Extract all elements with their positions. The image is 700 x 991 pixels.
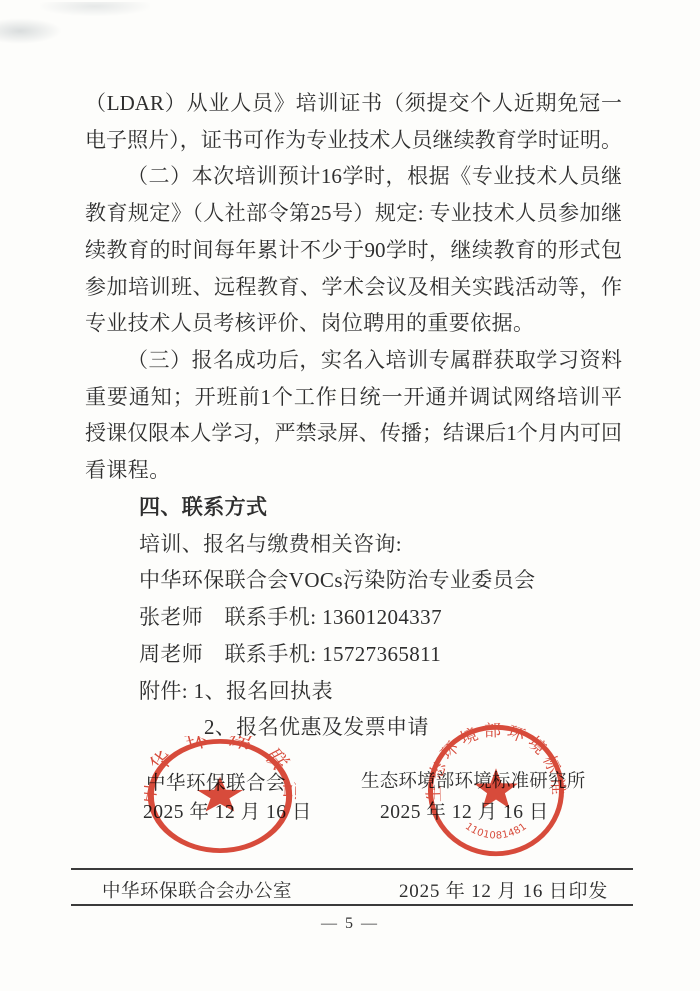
- contact-line: 中华环保联合会VOCs污染防治专业委员会: [85, 562, 622, 599]
- scan-smudge: [0, 18, 62, 44]
- document-page: （LDAR）从业人员》培训证书（须提交个人近期免冠一寸彩色 电子照片），证书可作…: [0, 0, 700, 991]
- signature-left-org: 中华环保联合会: [146, 767, 286, 795]
- footer-office: 中华环保联合会办公室: [102, 877, 292, 903]
- signature-right-org: 生态环境部环境标准研究所: [361, 767, 585, 793]
- attachment-line: 2、报名优惠及发票申请: [85, 709, 622, 746]
- text-line: 续教育的时间每年累计不少于90学时，继续教育的形式包括: [85, 232, 622, 269]
- text-line: 专业技术人员考核评价、岗位聘用的重要依据。: [85, 305, 622, 342]
- footer-rule-top: [71, 868, 633, 870]
- footer-rule-bottom: [71, 904, 633, 906]
- text-line: （LDAR）从业人员》培训证书（须提交个人近期免冠一寸彩色: [85, 85, 622, 122]
- page-number: — 5 —: [0, 915, 700, 933]
- body-text: （LDAR）从业人员》培训证书（须提交个人近期免冠一寸彩色 电子照片），证书可作…: [85, 85, 622, 746]
- signature-right-date: 2025 年 12 月 16 日: [380, 796, 549, 824]
- text-line: 重要通知；开班前1个工作日统一开通并调试网络培训平台，: [85, 379, 622, 416]
- signature-left-date: 2025 年 12 月 16 日: [143, 796, 312, 824]
- text-line: 授课仅限本人学习，严禁录屏、传播；结课后1个月内可回: [85, 415, 622, 452]
- attachment-line: 附件: 1、报名回执表: [85, 673, 622, 710]
- text-line: 参加培训班、远程教育、学术会议及相关实践活动等，作为: [85, 269, 622, 306]
- scan-smudge: [40, 2, 150, 16]
- footer-print-date: 2025 年 12 月 16 日印发: [399, 876, 608, 903]
- contact-line: 培训、报名与缴费相关咨询:: [85, 526, 622, 563]
- text-line: （三）报名成功后，实名入培训专属群获取学习资料及: [85, 342, 622, 379]
- text-line: 教育规定》（人社部令第25号）规定: 专业技术人员参加继: [85, 195, 622, 232]
- contact-phone-line: 周老师 联系手机: 15727365811: [85, 636, 622, 673]
- text-line: 看课程。: [85, 452, 622, 489]
- text-line: （二）本次培训预计16学时，根据《专业技术人员继续: [85, 158, 622, 195]
- contact-phone-line: 张老师 联系手机: 13601204337: [85, 599, 622, 636]
- text-line: 电子照片），证书可作为专业技术人员继续教育学时证明。: [85, 122, 622, 159]
- section-heading: 四、联系方式: [85, 489, 622, 526]
